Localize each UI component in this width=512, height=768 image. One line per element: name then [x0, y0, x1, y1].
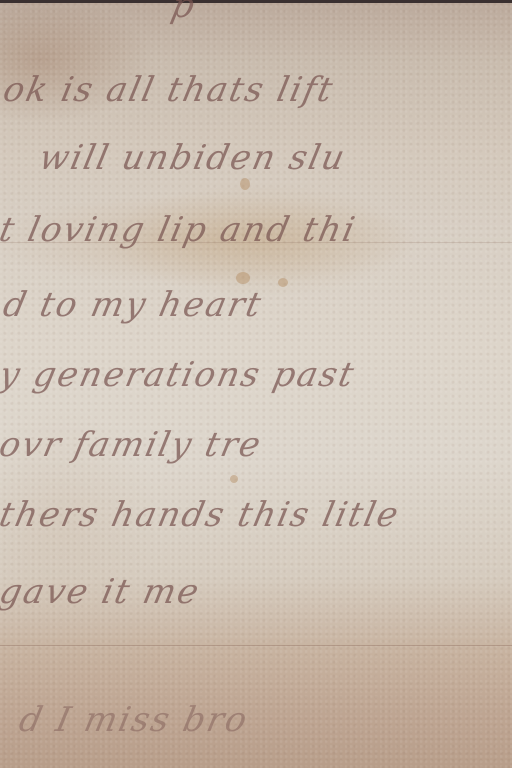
handwriting-line-8: thers hands this litle	[0, 495, 404, 535]
stain-spot	[240, 178, 250, 190]
paper-crease	[0, 645, 512, 646]
handwriting-line-9: gave it me	[0, 572, 204, 612]
handwriting-line-4: t loving lip and thi	[0, 210, 360, 250]
stain-spot	[278, 278, 288, 287]
handwriting-line-2: ok is all thats lift	[0, 70, 338, 110]
handwriting-line-3: will unbiden slu	[36, 138, 350, 178]
stain-spot	[230, 475, 238, 483]
handwriting-line-6: y generations past	[0, 355, 359, 395]
paper-top-edge	[0, 0, 512, 3]
aged-paper: p ok is all thats lift will unbiden slu …	[0, 0, 512, 768]
stain-spot	[236, 272, 250, 284]
handwriting-line-7: ovr family tre	[0, 425, 266, 465]
handwriting-line-5: d to my heart	[0, 285, 266, 325]
handwriting-line-10: d I miss bro	[16, 700, 253, 740]
handwriting-line-1: p	[168, 0, 200, 26]
